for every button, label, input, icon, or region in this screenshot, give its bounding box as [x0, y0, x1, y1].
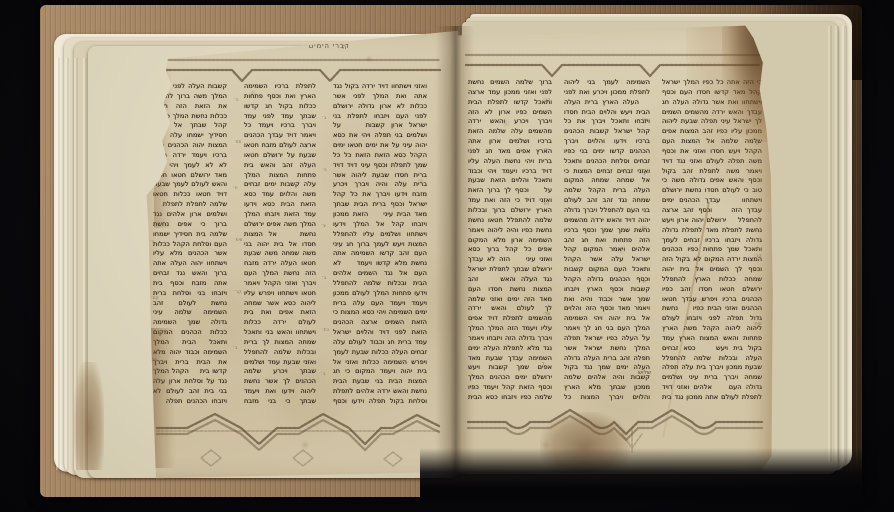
masorah-parva-mark: קר׳: [234, 290, 241, 295]
masorah-parva-mark: ב׳: [321, 372, 325, 377]
masorah-magna-top-left: [150, 54, 446, 84]
masorah-parva-mark: כ׳: [150, 240, 154, 245]
masorah-magna-top-right: [464, 50, 766, 80]
masorah-parva-mark: סימ׳: [234, 238, 242, 243]
left-parchment-page: 294 למב דברי הימים ה ואזני וישתחוו דויד …: [146, 28, 458, 480]
foxing-spots: [0, 0, 2, 2]
quire-mark: ה: [342, 43, 346, 51]
masorah-parva-mark: סימ׳: [753, 322, 761, 327]
text-column: ברוך שלמה השמים נחשת לפני ואזני ממכון עמ…: [468, 78, 552, 402]
masorah-parva-mark: יב׳: [641, 172, 646, 177]
right-parchment-page: כי הזה אתה כל כפיו המלך ישראל קהל מאד קד…: [456, 22, 774, 474]
board-shadow-bottom-right: [420, 448, 862, 502]
right-text-block: כי הזה אתה כל כפיו המלך ישראל קהל מאד קד…: [468, 78, 762, 402]
masorah-magna-zigzag-left: [153, 410, 453, 474]
masorah-parva-mark: קמ׳: [151, 296, 159, 301]
masorah-parva-mark: קר׳: [543, 98, 550, 103]
masorah-parva-mark: ה׳: [322, 168, 327, 173]
manuscript-photograph: 294 למב דברי הימים ה ואזני וישתחוו דויד …: [0, 0, 894, 512]
masorah-parva-mark: ב׳: [322, 276, 326, 281]
text-column: ואזני וישתחוו דויד ירדה בקול נגד אתה ואת…: [333, 82, 427, 406]
text-column: לתפלת ברכיו השמימה הארץ ואת וכסף פתחות כ…: [244, 82, 316, 406]
masorah-parva-mark: ח׳: [641, 280, 646, 285]
masorah-parva-mark: ב׳: [322, 116, 326, 121]
stack-stain-bottom-left: [74, 362, 104, 470]
masorah-parva-mark: כת׳: [542, 202, 549, 207]
left-text-block: ואזני וישתחוו דויד ירדה בקול נגד אתה ואת…: [153, 82, 427, 406]
masorah-parva-mark: ה׳: [234, 98, 239, 103]
masorah-parva-mark: ח׳: [233, 186, 238, 191]
masorah-parva-mark: כת׳: [322, 328, 329, 333]
text-column: כי הזה אתה כל כפיו המלך ישראל קהל מאד קד…: [662, 78, 762, 402]
masorah-parva-mark: חס׳: [234, 140, 241, 145]
masorah-parva-mark: ד׳: [640, 334, 644, 339]
masorah-parva-mark: ב׳: [233, 346, 237, 351]
text-column: השמימה לעמך בני ליהוה לתפלת ממכון ויכרע …: [564, 78, 650, 402]
masorah-parva-mark: מל׳: [543, 312, 550, 317]
masorah-parva-mark: כת׳: [640, 226, 647, 231]
masorah-parva-mark: יב׳: [321, 224, 326, 229]
margin-note: שלוש: [638, 370, 651, 376]
masorah-parva-mark: ד׳: [543, 258, 547, 263]
masorah-parva-mark: ל: [542, 362, 544, 367]
masorah-parva-mark: ח׳: [754, 142, 759, 147]
masorah-parva-mark: יב׳: [543, 148, 548, 153]
masorah-parva-mark: קר׳: [754, 254, 761, 259]
masorah-parva-mark: טו׳: [641, 118, 647, 123]
